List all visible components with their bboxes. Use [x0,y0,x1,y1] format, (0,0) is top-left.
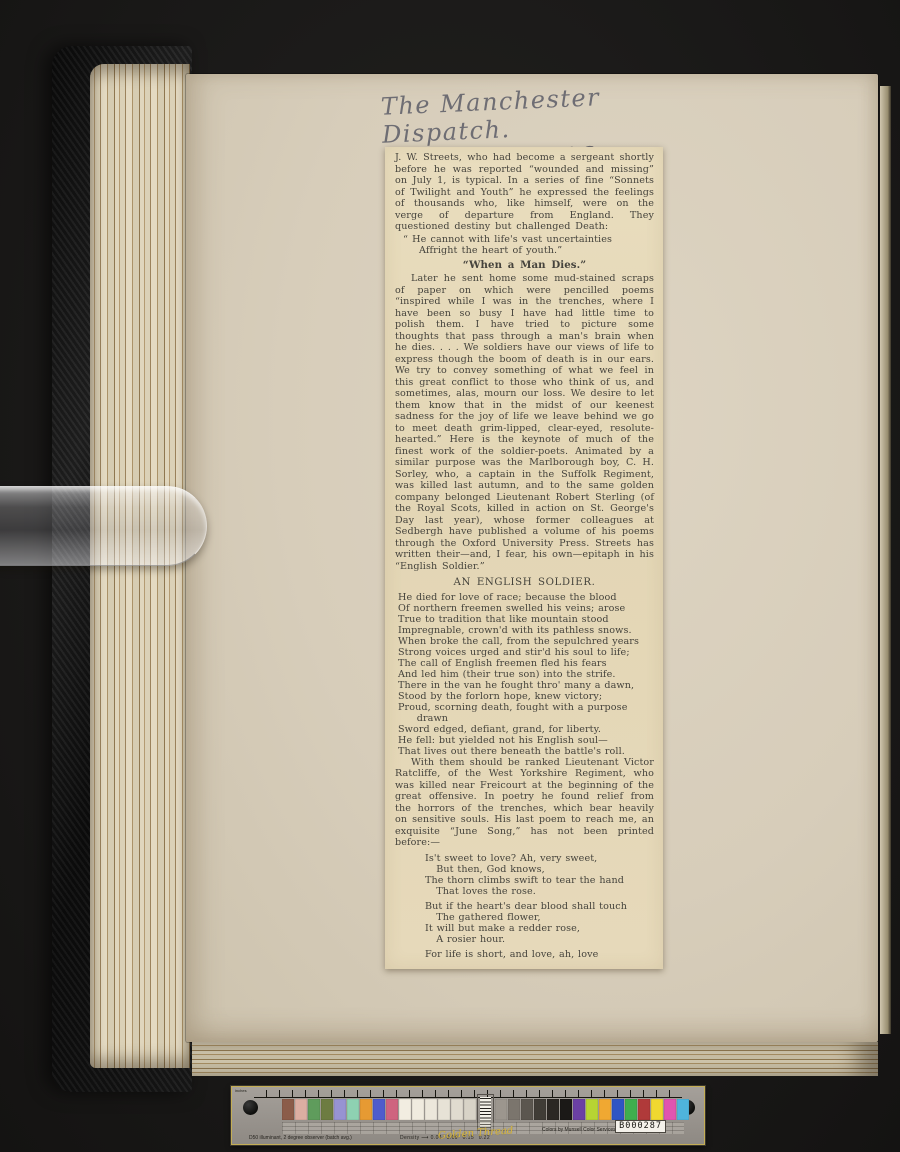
color-swatch [282,1099,294,1120]
color-swatch [412,1099,424,1120]
newspaper-clipping: J. W. Streets, who had become a sergeant… [385,147,663,969]
poem-june-song: Is't sweet to love? Ah, very sweet, But … [425,853,654,960]
color-swatch [521,1099,533,1120]
color-swatch [347,1099,359,1120]
color-swatch [399,1099,411,1120]
article-paragraph-3: With them should be ranked Lieutenant Vi… [395,757,654,849]
registration-dot-left [243,1100,258,1115]
color-swatch [334,1099,346,1120]
june-song-stanza-2: But if the heart's dear blood shall touc… [425,901,654,945]
article-paragraph-1: J. W. Streets, who had become a sergeant… [395,152,654,233]
color-swatch [547,1099,559,1120]
color-swatch [638,1099,650,1120]
color-swatch [651,1099,663,1120]
density-label: Density ⟶ [400,1135,429,1141]
color-calibration-target: inches D50 illuminant, 2 degree observer… [231,1086,705,1145]
swatch-group-colors-left [282,1099,398,1120]
article-column: J. W. Streets, who had become a sergeant… [385,147,663,960]
color-swatch [664,1099,676,1120]
article-quote: “ He cannot with life's vast uncertainti… [403,234,654,257]
june-song-stanza-3: For life is short, and love, ah, love [425,949,654,960]
color-swatch-row [282,1099,689,1120]
swatch-group-whites [399,1099,476,1120]
section-heading-when-a-man-dies: “When a Man Dies.” [395,260,654,272]
color-swatch [308,1099,320,1120]
color-swatch [495,1099,507,1120]
color-swatch [534,1099,546,1120]
target-barcode-label: B000287 [615,1120,666,1133]
article-paragraph-2: Later he sent home some mud-stained scra… [395,273,654,572]
munsell-credit: Colors by Munsell Color Services Lab [542,1127,625,1133]
color-swatch [560,1099,572,1120]
color-swatch [373,1099,385,1120]
color-swatch [573,1099,585,1120]
swatch-group-grays [495,1099,572,1120]
illuminant-note: D50 illuminant, 2 degree observer (batch… [249,1135,352,1141]
page-edge-right [880,86,891,1034]
color-swatch [425,1099,437,1120]
ruler-unit-label: inches [235,1088,247,1093]
swatch-group-colors-right [573,1099,689,1120]
color-swatch [586,1099,598,1120]
quote-line-1: “ He cannot with life's vast uncertainti… [403,234,654,246]
ruler-ticks [254,1090,682,1098]
page-holder-clip [0,486,207,566]
color-swatch [677,1099,689,1120]
color-swatch [625,1099,637,1120]
color-swatch [386,1099,398,1120]
color-swatch [599,1099,611,1120]
color-swatch [321,1099,333,1120]
quote-line-2: Affright the heart of youth.” [419,245,654,257]
poem-an-english-soldier: He died for love of race; because the bl… [398,592,654,757]
page-edges-bottom [192,1042,878,1076]
color-swatch [464,1099,476,1120]
color-swatch [360,1099,372,1120]
june-song-stanza-1: Is't sweet to love? Ah, very sweet, But … [425,853,654,897]
color-swatch [438,1099,450,1120]
page-edges-left [90,64,190,1068]
color-swatch [508,1099,520,1120]
color-swatch [295,1099,307,1120]
poem-heading-an-english-soldier: AN ENGLISH SOLDIER. [395,577,654,589]
color-swatch [451,1099,463,1120]
color-swatch [612,1099,624,1120]
